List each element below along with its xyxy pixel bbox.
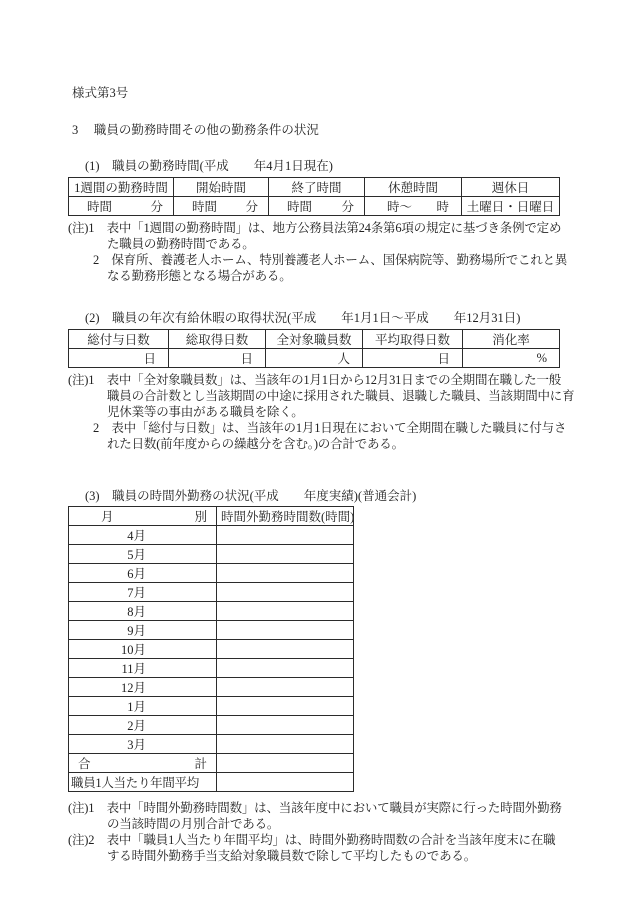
note-line: (注)2 表中「職員1人当たり年間平均」は、時間外勤務時間数の合計を当該年度末に… [68,832,590,848]
unit-days-cell: 日 [169,349,266,368]
note-line: れた日数(前年度からの繰越分を含む。)の合計である。 [68,436,590,452]
unit-hours-label: 時間 [192,197,217,215]
average-row-label-cell: 職員1人当たり年間平均 [69,773,217,792]
col-header-overtime-hours: 時間外勤務時間数(時間) [217,507,354,526]
section1-notes: (注)1 表中「1週間の勤務時間」は、地方公務員法第24条第6項の規定に基づき条… [68,220,590,284]
note-line: (注)1 表中「時間外勤務時間数」は、当該年度中において職員が実際に行った時間外… [68,800,590,816]
overtime-value-cell [217,564,354,583]
note-line: の当該時間の月別合計である。 [68,816,590,832]
table-row: 6月 [69,564,354,583]
overtime-value-cell [217,697,354,716]
form-number: 様式第3号 [72,85,590,101]
overtime-value-cell [217,526,354,545]
total-row-label-cell: 合 計 [69,754,217,773]
overtime-value-cell [217,716,354,735]
col-header-weekly-hours: 1週間の勤務時間 [69,178,174,197]
col-header-total-staff: 全対象職員数 [266,330,363,349]
table-row: 合 計 [69,754,354,773]
category-label: 別 [194,507,207,525]
table-row: 職員1人当たり年間平均 [69,773,354,792]
month-cell: 8月 [69,602,217,621]
overtime-value-cell [217,735,354,754]
unit-hours-label: 時間 [287,197,312,215]
col-header-start-time: 開始時間 [174,178,269,197]
unit-to-label: 時 [436,197,449,215]
table-row: 11月 [69,659,354,678]
table-row: 4月 [69,526,354,545]
unit-hours-label: 時間 [87,197,112,215]
col-header-weekly-days-off: 週休日 [462,178,560,197]
total-label-right: 計 [194,754,207,772]
month-cell: 10月 [69,640,217,659]
table-row: 時間 分 時間 分 時間 分 時～ 時 [69,197,560,216]
unit-from-label: 時～ [387,197,412,215]
table-row: 8月 [69,602,354,621]
unit-percent-cell: % [463,349,560,368]
note-line: (注)1 表中「全対象職員数」は、当該年の1月1日から12月31日までの全期間在… [68,372,590,388]
note-line: する時間外勤務手当支給対象職員数で除して平均したものである。 [68,848,590,864]
unit-minutes-label: 分 [150,197,163,215]
table-row: 7月 [69,583,354,602]
table-row: 3月 [69,735,354,754]
overtime-table: 月 別 時間外勤務時間数(時間) 4月 5月 6月 7月 8月 9月 10月 1… [68,506,354,792]
col-header-break-time: 休憩時間 [365,178,462,197]
unit-cell-break-time: 時～ 時 [365,197,462,216]
month-label: 月 [101,507,114,525]
month-cell: 1月 [69,697,217,716]
table-row: 1週間の勤務時間 開始時間 終了時間 休憩時間 週休日 [69,178,560,197]
overtime-value-cell [217,583,354,602]
section2-heading: (2) 職員の年次有給休暇の取得状況(平成 年1月1日～平成 年12月31日) [85,310,590,326]
unit-minutes-label: 分 [245,197,258,215]
weekly-days-off-value: 土曜日・日曜日 [462,197,560,216]
table-row: 日 日 人 日 % [69,349,560,368]
annual-leave-table: 総付与日数 総取得日数 全対象職員数 平均取得日数 消化率 日 日 人 日 % [68,329,560,368]
overtime-value-cell [217,678,354,697]
unit-minutes-label: 分 [341,197,354,215]
overtime-total-value-cell [217,754,354,773]
table-row: 月 別 時間外勤務時間数(時間) [69,507,354,526]
overtime-value-cell [217,621,354,640]
note-line: (注)1 表中「1週間の勤務時間」は、地方公務員法第24条第6項の規定に基づき条… [68,220,590,236]
note-line: 児休業等の事由がある職員を除く。 [68,404,590,420]
table-row: 9月 [69,621,354,640]
unit-cell-start-time: 時間 分 [174,197,269,216]
section3-notes: (注)1 表中「時間外勤務時間数」は、当該年度中において職員が実際に行った時間外… [68,800,590,864]
note-line: た職員の勤務時間である。 [68,236,590,252]
note-line: なる勤務形態となる場合がある。 [68,268,590,284]
overtime-average-value-cell [217,773,354,792]
table-row: 総付与日数 総取得日数 全対象職員数 平均取得日数 消化率 [69,330,560,349]
note-line: 2 保育所、養護老人ホーム、特別養護老人ホーム、国保病院等、勤務場所でこれと異 [68,252,590,268]
note-line: 2 表中「総付与日数」は、当該年の1月1日現在において全期間在職した職員に付与さ [68,420,590,436]
section3-heading: (3) 職員の時間外勤務の状況(平成 年度実績)(普通会計) [85,488,590,504]
month-cell: 4月 [69,526,217,545]
note-line: 職員の合計数とし当該期間の中途に採用された職員、退職した職員、当該期間中に育 [68,388,590,404]
overtime-value-cell [217,545,354,564]
month-cell: 11月 [69,659,217,678]
col-header-total-taken-days: 総取得日数 [169,330,266,349]
document-title: 3 職員の勤務時間その他の勤務条件の状況 [72,122,590,138]
total-label-left: 合 [78,754,91,772]
col-header-total-granted-days: 総付与日数 [69,330,169,349]
month-cell: 12月 [69,678,217,697]
unit-days-cell: 日 [363,349,463,368]
overtime-value-cell [217,640,354,659]
unit-cell-end-time: 時間 分 [269,197,365,216]
unit-cell-weekly-hours: 時間 分 [69,197,174,216]
month-cell: 6月 [69,564,217,583]
table-row: 12月 [69,678,354,697]
table-row: 10月 [69,640,354,659]
document-page: 様式第3号 3 職員の勤務時間その他の勤務条件の状況 (1) 職員の勤務時間(平… [0,0,630,916]
table-row: 2月 [69,716,354,735]
col-header-month: 月 別 [69,507,217,526]
table-row: 1月 [69,697,354,716]
section2-notes: (注)1 表中「全対象職員数」は、当該年の1月1日から12月31日までの全期間在… [68,372,590,452]
col-header-average-days: 平均取得日数 [363,330,463,349]
month-cell: 5月 [69,545,217,564]
overtime-value-cell [217,659,354,678]
col-header-usage-rate: 消化率 [463,330,560,349]
unit-persons-cell: 人 [266,349,363,368]
month-cell: 3月 [69,735,217,754]
month-cell: 7月 [69,583,217,602]
month-cell: 2月 [69,716,217,735]
working-hours-table: 1週間の勤務時間 開始時間 終了時間 休憩時間 週休日 時間 分 時間 分 [68,177,560,216]
month-cell: 9月 [69,621,217,640]
unit-days-cell: 日 [69,349,169,368]
overtime-value-cell [217,602,354,621]
table-row: 5月 [69,545,354,564]
section1-heading: (1) 職員の勤務時間(平成 年4月1日現在) [85,158,590,174]
col-header-end-time: 終了時間 [269,178,365,197]
